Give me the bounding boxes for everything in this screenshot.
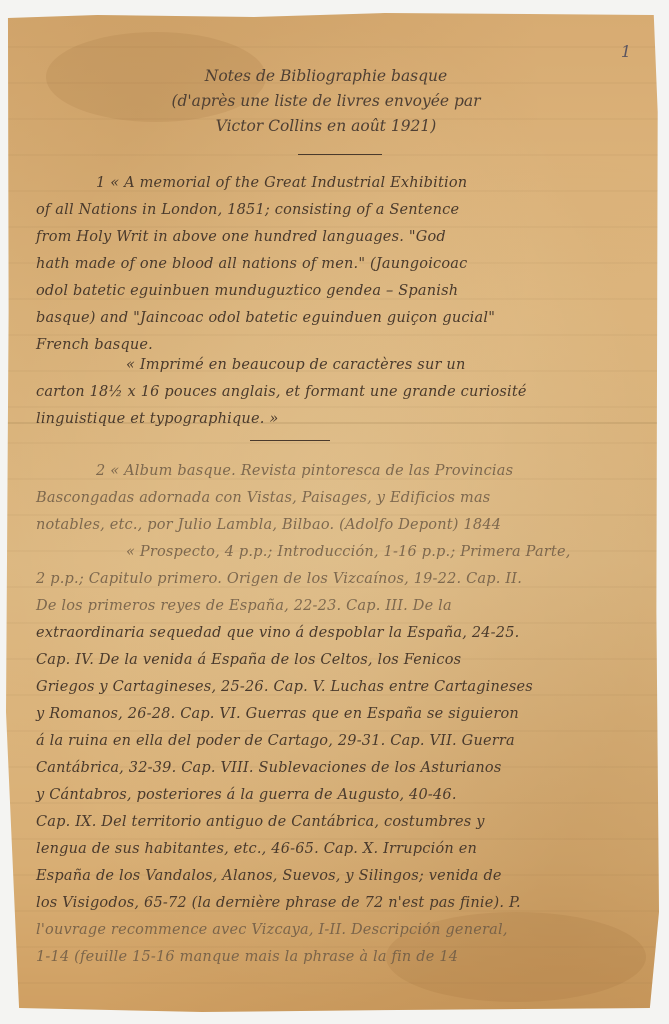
note-line: linguistique et typographique. » [36, 406, 636, 433]
title-underline [298, 154, 382, 155]
contents-line: « Prospecto, 4 p.p.; Introducción, 1-16 … [36, 539, 636, 566]
contents-line: y Romanos, 26-28. Cap. VI. Guerras que e… [36, 701, 636, 728]
contents-line: De los primeros reyes de España, 22-23. … [36, 593, 636, 620]
contents-line: Cap. IX. Del territorio antiguo de Cantá… [36, 809, 636, 836]
note-line: « Imprimé en beaucoup de caractères sur … [36, 352, 636, 379]
entry-line: of all Nations in London, 1851; consisti… [36, 197, 636, 224]
contents-line: lengua de sus habitantes, etc., 46-65. C… [36, 836, 636, 863]
contents-line: extraordinaria sequedad que vino á despo… [36, 620, 636, 647]
contents-line: Cap. IV. De la venida á España de los Ce… [36, 647, 636, 674]
contents-line: los Visigodos, 65-72 (la dernière phrase… [36, 890, 636, 917]
entry-line: odol batetic eguinbuen munduguztico gend… [36, 278, 636, 305]
entry-line: basque) and "Jaincoac odol batetic eguin… [36, 305, 636, 332]
folio-number: 1 [621, 42, 631, 61]
entry-line: 1 « A memorial of the Great Industrial E… [36, 170, 636, 197]
section-divider [250, 440, 330, 441]
entry-1: 1 « A memorial of the Great Industrial E… [36, 170, 636, 359]
contents-line: 2 p.p.; Capitulo primero. Origen de los … [36, 566, 636, 593]
note-line: carton 18½ x 16 pouces anglais, et forma… [36, 379, 636, 406]
entry-line: notables, etc., por Julio Lambla, Bilbao… [36, 512, 636, 539]
entry-2-contents: « Prospecto, 4 p.p.; Introducción, 1-16 … [36, 539, 636, 971]
manuscript-page: 1 Notes de Bibliographie basque (d'après… [6, 12, 659, 1012]
title-line: Notes de Bibliographie basque [66, 64, 586, 89]
entry-line: 2 « Album basque. Revista pintoresca de … [36, 458, 636, 485]
title-line: Victor Collins en août 1921) [66, 114, 586, 139]
entry-1-note: « Imprimé en beaucoup de caractères sur … [36, 352, 636, 433]
contents-line: á la ruina en ella del poder de Cartago,… [36, 728, 636, 755]
contents-line: España de los Vandalos, Alanos, Suevos, … [36, 863, 636, 890]
title-line: (d'après une liste de livres envoyée par [66, 89, 586, 114]
entry-line: hath made of one blood all nations of me… [36, 251, 636, 278]
entry-line: Bascongadas adornada con Vistas, Paisage… [36, 485, 636, 512]
document-title: Notes de Bibliographie basque (d'après u… [66, 64, 586, 139]
entry-2: 2 « Album basque. Revista pintoresca de … [36, 458, 636, 539]
entry-line: from Holy Writ in above one hundred lang… [36, 224, 636, 251]
contents-line: Cantábrica, 32-39. Cap. VIII. Sublevacio… [36, 755, 636, 782]
contents-line: 1-14 (feuille 15-16 manque mais la phras… [36, 944, 636, 971]
contents-line: Griegos y Cartagineses, 25-26. Cap. V. L… [36, 674, 636, 701]
contents-line: y Cántabros, posteriores á la guerra de … [36, 782, 636, 809]
contents-line: l'ouvrage recommence avec Vizcaya, I-II.… [36, 917, 636, 944]
